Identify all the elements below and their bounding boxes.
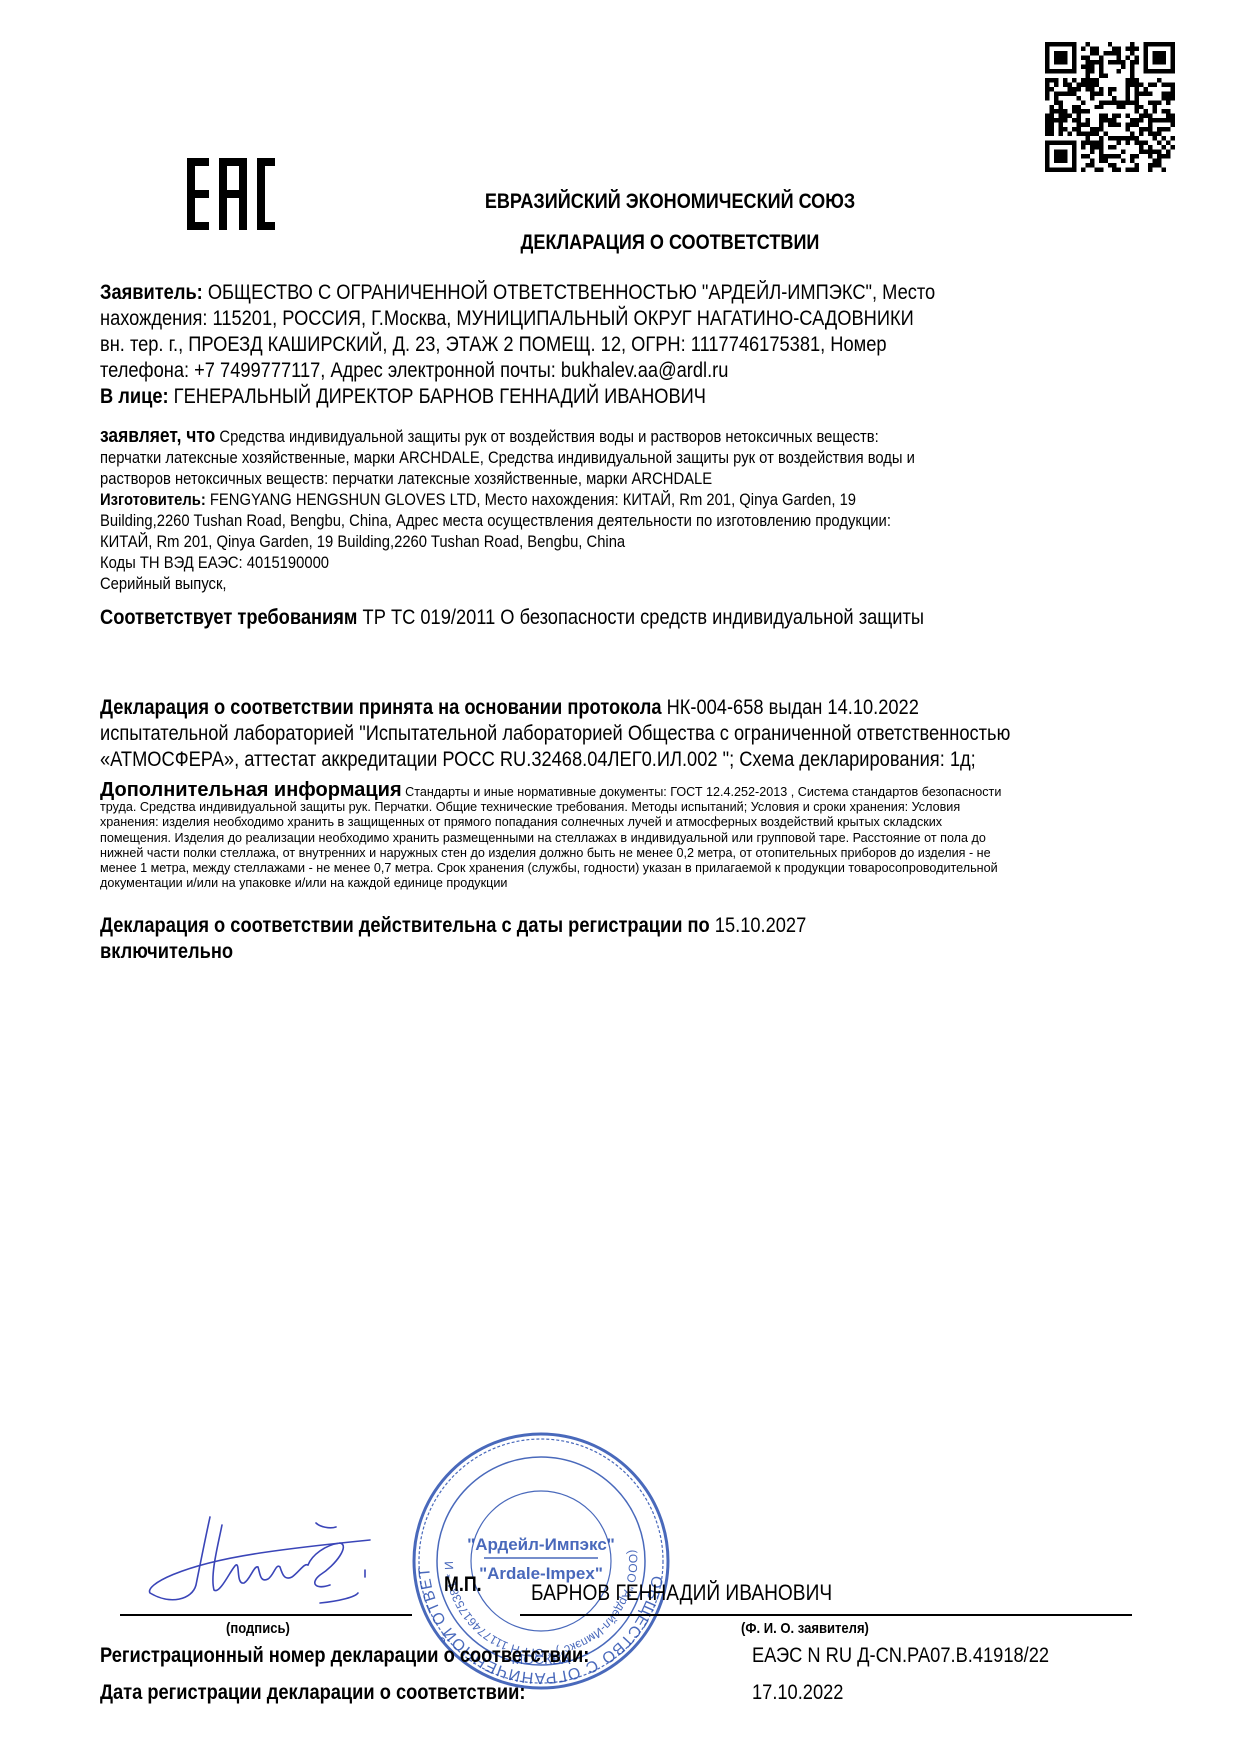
stamp-center-ru: "Ардейл-Импэкс" (467, 1535, 615, 1554)
applicant-label: Заявитель: (100, 281, 203, 304)
signature-line (120, 1614, 412, 1616)
declares-line: растворов нетоксичных веществ: перчатки … (100, 468, 1022, 489)
registration-date-label: Дата регистрации декларации о соответств… (100, 1680, 525, 1706)
signature-icon (140, 1505, 390, 1615)
name-line (520, 1614, 1132, 1616)
basis-line: «АТМОСФЕРА», аттестат аккредитации РОСС … (100, 747, 1022, 773)
conformity-label: Соответствует требованиям (100, 606, 357, 629)
declares-line: перчатки латексные хозяйственные, марки … (100, 447, 1022, 468)
declares-line: Средства индивидуальной защиты рук от во… (215, 427, 878, 446)
additional-line: помещения. Изделия до реализации необход… (100, 831, 1180, 846)
tn-ved-codes: Коды ТН ВЭД ЕАЭС: 4015190000 (100, 552, 1022, 573)
applicant-line: ОБЩЕСТВО С ОГРАНИЧЕННОЙ ОТВЕТСТВЕННОСТЬЮ… (203, 281, 935, 304)
validity-suffix: включительно (100, 939, 1022, 965)
manufacturer-line: Building,2260 Tushan Road, Bengbu, China… (100, 510, 1022, 531)
validity-label: Декларация о соответствии действительна … (100, 914, 710, 937)
signature-caption: (подпись) (226, 1620, 290, 1637)
represented-value: ГЕНЕРАЛЬНЫЙ ДИРЕКТОР БАРНОВ ГЕННАДИЙ ИВА… (169, 385, 706, 408)
registration-number-label: Регистрационный номер декларации о соотв… (100, 1643, 589, 1669)
product-section: заявляет, что Средства индивидуальной за… (100, 426, 1022, 594)
serial-release: Серийный выпуск, (100, 573, 1022, 594)
additional-line: хранения: изделия необходимо хранить в з… (100, 815, 1180, 830)
conformity-value: ТР ТС 019/2011 О безопасности средств ин… (357, 606, 924, 629)
applicant-line: телефона: +7 7499777117, Адрес электронн… (100, 358, 1022, 384)
represented-label: В лице: (100, 385, 169, 408)
additional-label: Дополнительная информация (100, 779, 402, 801)
applicant-section: Заявитель: ОБЩЕСТВО С ОГРАНИЧЕННОЙ ОТВЕТ… (100, 280, 1022, 410)
name-caption: (Ф. И. О. заявителя) (741, 1620, 869, 1637)
manufacturer-line: FENGYANG HENGSHUN GLOVES LTD, Место нахо… (206, 490, 856, 509)
registration-date-value: 17.10.2022 (752, 1680, 843, 1706)
additional-line: документации и/или на упаковке и/или на … (100, 876, 1180, 891)
additional-line: Стандарты и иные нормативные документы: … (402, 785, 1002, 799)
registration-number-value: ЕАЭС N RU Д-CN.РА07.В.41918/22 (752, 1643, 1049, 1669)
additional-info-section: Дополнительная информация Стандарты и ин… (100, 783, 1180, 891)
document-title: ДЕКЛАРАЦИЯ О СООТВЕТСТВИИ (94, 231, 1240, 255)
applicant-line: нахождения: 115201, РОССИЯ, Г.Москва, МУ… (100, 306, 1022, 332)
additional-line: нижней части полки стеллажа, от внутренн… (100, 846, 1180, 861)
validity-section: Декларация о соответствии действительна … (100, 913, 1022, 965)
validity-date: 15.10.2027 (710, 914, 807, 937)
declares-label: заявляет, что (100, 425, 215, 447)
manufacturer-line: КИТАЙ, Rm 201, Qinya Garden, 19 Building… (100, 531, 1022, 552)
union-title: ЕВРАЗИЙСКИЙ ЭКОНОМИЧЕСКИЙ СОЮЗ (94, 190, 1240, 214)
basis-section: Декларация о соответствии принята на осн… (100, 695, 1022, 773)
seal-place-label: М.П. (444, 1573, 482, 1597)
additional-line: труда. Средства индивидуальной защиты ру… (100, 800, 1180, 815)
basis-protocol: НК-004-658 выдан 14.10.2022 (661, 696, 918, 719)
additional-line: менее 1 метра, между стеллажами - не мен… (100, 861, 1180, 876)
applicant-line: вн. тер. г., ПРОЕЗД КАШИРСКИЙ, Д. 23, ЭТ… (100, 332, 1022, 358)
qr-code-icon[interactable] (1045, 42, 1175, 172)
basis-label: Декларация о соответствии принята на осн… (100, 696, 661, 719)
basis-line: испытательной лабораторией "Испытательно… (100, 721, 1022, 747)
signer-name: БАРНОВ ГЕННАДИЙ ИВАНОВИЧ (531, 1580, 832, 1606)
conformity-section: Соответствует требованиям ТР ТС 019/2011… (100, 605, 1022, 631)
manufacturer-label: Изготовитель: (100, 490, 206, 509)
